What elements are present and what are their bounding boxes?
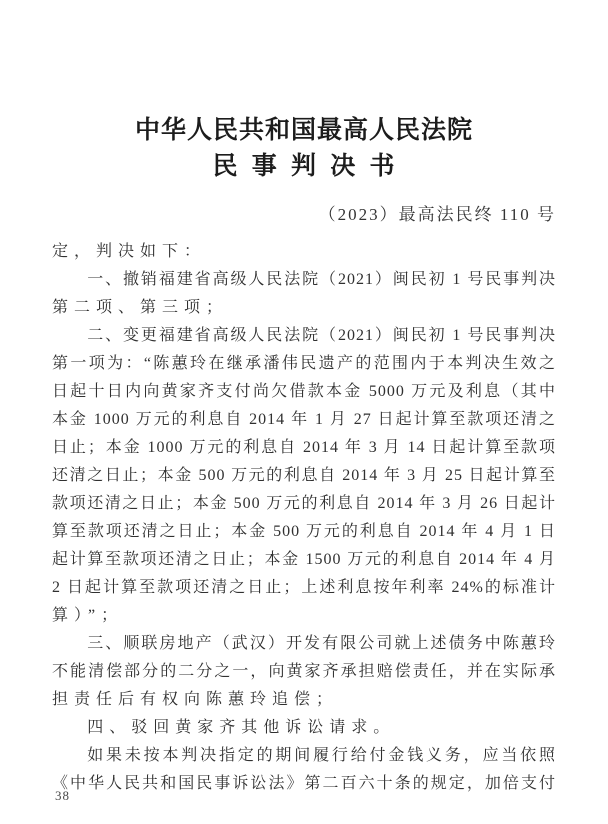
judgment-line: 三、顺联房地产（武汉）开发有限公司就上述债务中陈蕙玲 — [52, 630, 556, 658]
judgment-line: 款项还清之日止；本金 500 万元的利息自 2014 年 3 月 26 日起计 — [52, 490, 556, 518]
judgment-line: 二、变更福建省高级人民法院（2021）闽民初 1 号民事判决 — [52, 322, 556, 350]
judgment-line: 定，判决如下： — [52, 238, 556, 266]
page-number: 38 — [55, 788, 70, 804]
judgment-line: 2 日起计算至款项还清之日止；上述利息按年利率 24%的标准计 — [52, 574, 556, 602]
judgment-line: 算）”； — [52, 602, 556, 630]
judgment-line: 如果未按本判决指定的期间履行给付金钱义务，应当依照 — [52, 742, 556, 770]
judgment-line: 不能清偿部分的二分之一，向黄家齐承担赔偿责任，并在实际承 — [52, 658, 556, 686]
judgment-line: 算至款项还清之日止；本金 500 万元的利息自 2014 年 4 月 1 日 — [52, 518, 556, 546]
judgment-body: 定，判决如下： 一、撤销福建省高级人民法院（2021）闽民初 1 号民事判决 第… — [52, 238, 556, 798]
judgment-line: 还清之日止；本金 500 万元的利息自 2014 年 3 月 25 日起计算至 — [52, 462, 556, 490]
document-title: 民 事 判 决 书 — [52, 152, 556, 182]
judgment-line: 《中华人民共和国民事诉讼法》第二百六十条的规定，加倍支付 — [52, 770, 556, 798]
document-page: 中华人民共和国最高人民法院 民 事 判 决 书 （2023）最高法民终 110 … — [0, 0, 608, 824]
judgment-line: 日止；本金 1000 万元的利息自 2014 年 3 月 14 日起计算至款项 — [52, 434, 556, 462]
judgment-line: 担责任后有权向陈蕙玲追偿； — [52, 686, 556, 714]
judgment-line: 四、驳回黄家齐其他诉讼请求。 — [52, 714, 556, 742]
judgment-line: 一、撤销福建省高级人民法院（2021）闽民初 1 号民事判决 — [52, 266, 556, 294]
judgment-line: 第一项为：“陈蕙玲在继承潘伟民遗产的范围内于本判决生效之 — [52, 350, 556, 378]
judgment-line: 起计算至款项还清之日止；本金 1500 万元的利息自 2014 年 4 月 — [52, 546, 556, 574]
court-name: 中华人民共和国最高人民法院 — [52, 116, 556, 146]
judgment-line: 本金 1000 万元的利息自 2014 年 1 月 27 日起计算至款项还清之 — [52, 406, 556, 434]
judgment-line: 日起十日内向黄家齐支付尚欠借款本金 5000 万元及利息（其中 — [52, 378, 556, 406]
judgment-line: 第二项、第三项； — [52, 294, 556, 322]
case-number: （2023）最高法民终 110 号 — [52, 204, 556, 226]
